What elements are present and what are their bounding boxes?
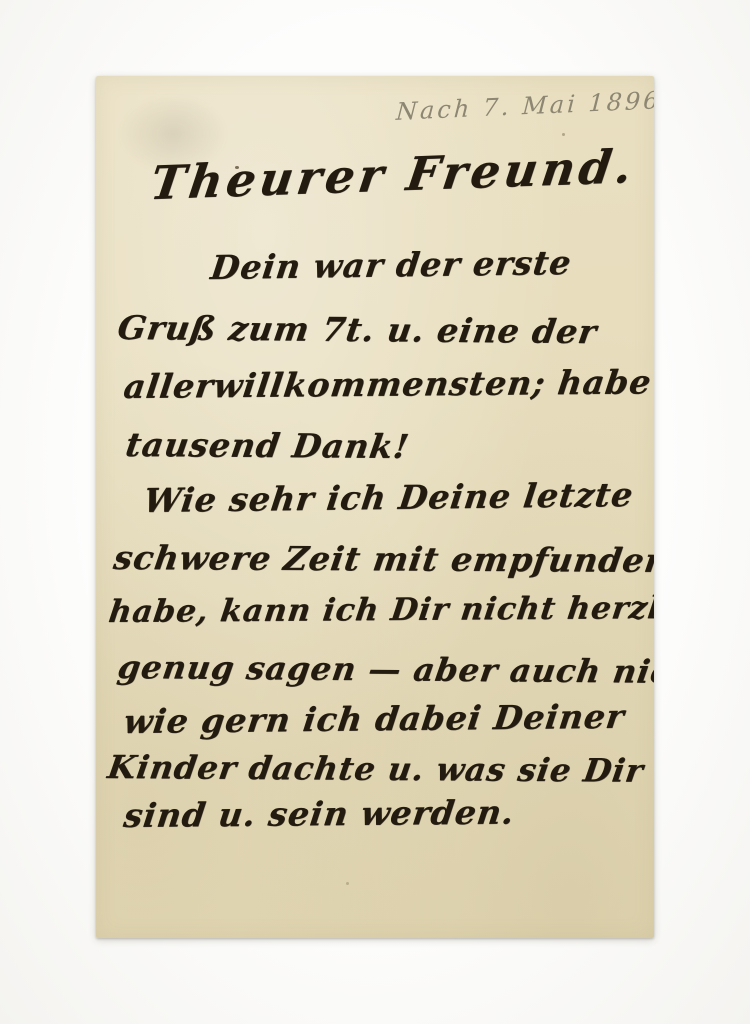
paper-speck	[562, 133, 565, 136]
handwriting-line: Gruß zum 7t. u. eine der	[115, 308, 600, 351]
handwriting-line: habe, kann ich Dir nicht herzlich	[107, 590, 654, 630]
handwriting-line: schwere Zeit mit empfunden	[111, 538, 654, 580]
handwriting-line: allerwillkommensten; habe	[121, 362, 654, 406]
handwriting-line: tausend Dank!	[123, 425, 412, 466]
pencil-date-annotation: Nach 7. Mai 1896	[395, 86, 654, 126]
paper-speck	[346, 882, 349, 885]
handwriting-line: wie gern ich dabei Deiner	[121, 697, 627, 741]
paper-sheet: Nach 7. Mai 1896 Theurer Freund. Dein wa…	[96, 76, 654, 938]
letter-photograph: Nach 7. Mai 1896 Theurer Freund. Dein wa…	[0, 0, 750, 1024]
handwriting-line: Dein war der erste	[209, 243, 574, 287]
handwriting-line: Wie sehr ich Deine letzte	[141, 475, 635, 520]
handwriting-line: genug sagen — aber auch nicht,	[115, 648, 654, 691]
handwriting-line: sind u. sein werden.	[121, 793, 517, 835]
handwriting-line: Kinder dachte u. was sie Dir	[105, 748, 646, 790]
